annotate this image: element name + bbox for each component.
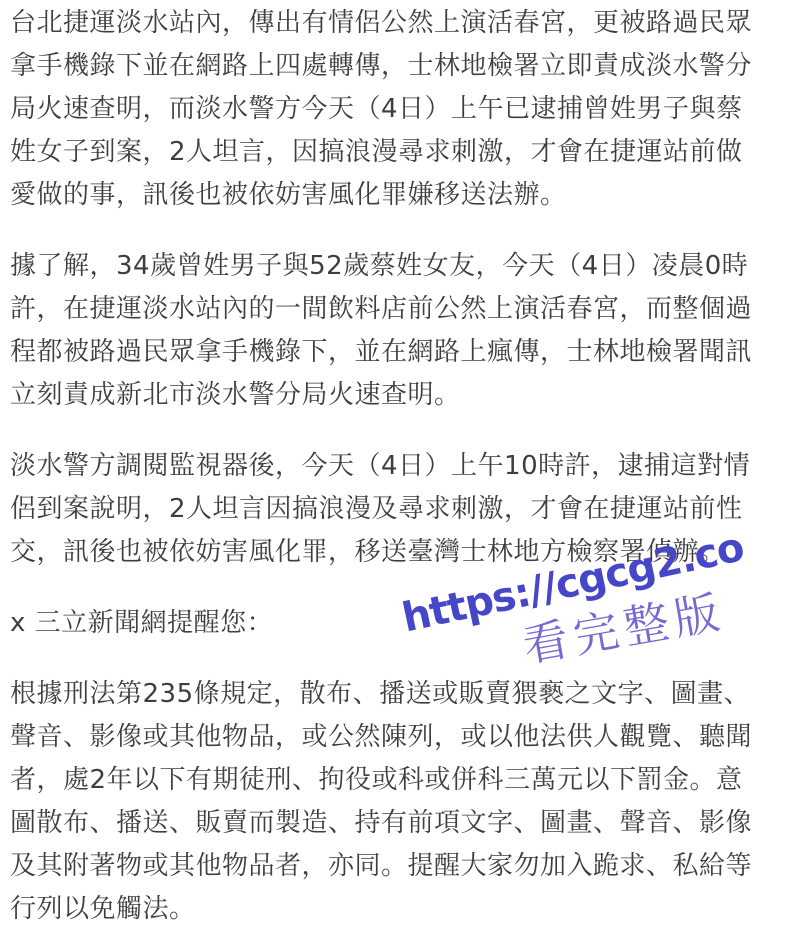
paragraph-notice-header: x 三立新聞網提醒您：: [10, 602, 762, 645]
paragraph-legal-notice: 根據刑法第235條規定，散布、播送或販賣猥褻之文字、圖畫、聲音、影像或其他物品，…: [10, 673, 762, 931]
paragraph-arrest: 淡水警方調閱監視器後，今天（4日）上午10時許，逮捕這對情侶到案說明，2人坦言因…: [10, 445, 762, 574]
news-article-body: 台北捷運淡水站內，傳出有情侶公然上演活春宮，更被路過民眾拿手機錄下並在網路上四處…: [10, 2, 762, 931]
paragraph-lead: 台北捷運淡水站內，傳出有情侶公然上演活春宮，更被路過民眾拿手機錄下並在網路上四處…: [10, 2, 762, 217]
paragraph-details: 據了解，34歲曾姓男子與52歲蔡姓女友，今天（4日）凌晨0時許，在捷運淡水站內的…: [10, 245, 762, 417]
